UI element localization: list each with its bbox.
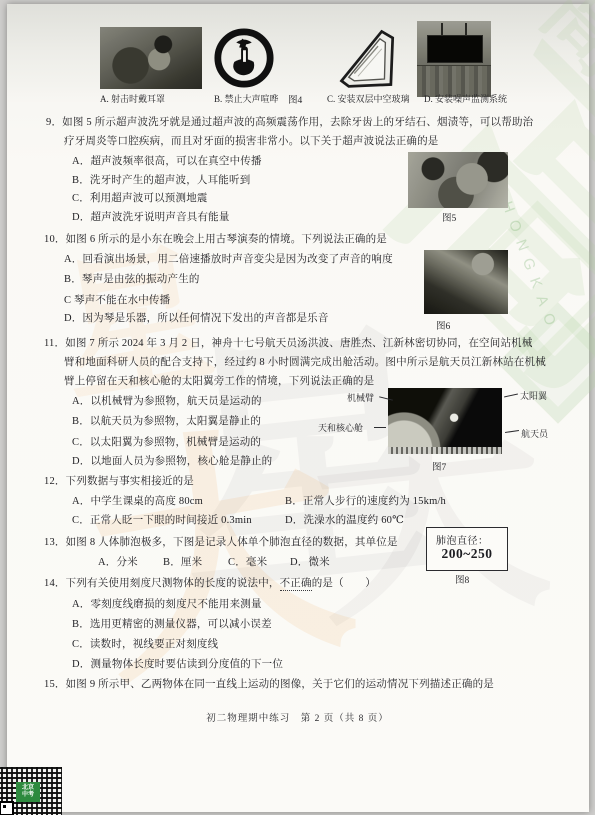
leader-line-core	[374, 427, 386, 428]
q10-option-b: B．琴声是由弦的振动产生的	[64, 273, 200, 286]
q13-option-b: B．厘米	[163, 556, 202, 569]
q10-stem: 10．如图 6 所示的是小东在晚会上用古琴演奏的情境。下列说法正确的是	[44, 233, 387, 246]
photo-shooter-earmuffs	[100, 27, 202, 89]
q9-option-a: A．超声波频率很高，可以在真空中传播	[72, 155, 262, 168]
q9-stem-line1: 9．如图 5 所示超声波洗牙就是通过超声波的高频震荡作用，去除牙齿上的牙结石、烟…	[46, 116, 533, 129]
q14-option-b: B．选用更精密的测量仪器，可以减小误差	[72, 618, 272, 631]
quiet-sign-icon	[213, 27, 275, 89]
figure6-label: 图6	[436, 318, 450, 332]
q9-option-b: B．洗牙时产生的超声波，人耳能听到	[72, 174, 250, 187]
figure4-caption-c: C. 安装双层中空玻璃	[327, 92, 410, 105]
figure4-caption-b: B. 禁止大声喧哗	[214, 92, 279, 105]
figure7-label: 图7	[432, 459, 446, 473]
figure8-label: 图8	[455, 572, 469, 586]
figure4-caption-d: D. 安装噪声监测系统	[424, 92, 507, 105]
antenna-mast	[441, 23, 443, 35]
q11-stem-line3: 臂上停留在天和核心舱的太阳翼旁工作的情境，下列说法正确的是	[64, 375, 374, 388]
q11-option-b: B．以航天员为参照物，太阳翼是静止的	[72, 415, 261, 428]
qr-center-logo: 北京 中考	[16, 782, 40, 802]
q13-option-a: A．分米	[98, 556, 138, 569]
q13-option-d: D．微米	[290, 556, 330, 569]
q15-stem: 15．如图 9 所示甲、乙两物体在同一直线上运动的图像，关于它们的运动情况下列描…	[44, 678, 494, 691]
figure7-label-astronaut: 航天员	[521, 427, 548, 440]
figure6-guqin-photo	[424, 250, 508, 314]
q14-option-d: D．测量物体长度时要估读到分度值的下一位	[72, 658, 283, 671]
page-footer: 初二物理期中练习 第 2 页（共 8 页）	[0, 710, 595, 724]
q13-stem: 13．如图 8 人体肺泡极多，下图是记录人体单个肺泡直径的数据，其单位是	[44, 536, 398, 549]
q9-option-d: D．超声波洗牙说明声音具有能量	[72, 211, 230, 224]
q11-stem-line2: 臂和地面科研人员的配合支持下，经过约 8 小时圆满完成出舱活动。图中所示是航天员…	[64, 356, 546, 369]
qr-logo-line2: 中考	[16, 792, 40, 799]
q12-option-d: D．洗澡水的温度约 60℃	[285, 514, 404, 527]
figure4-label: 图4	[288, 92, 302, 106]
q12-option-c: C．正常人眨一下眼的时间接近 0.3min	[72, 514, 252, 527]
q9-option-c: C．利用超声波可以预测地震	[72, 192, 208, 205]
q11-option-a: A．以机械臂为参照物，航天员是运动的	[72, 395, 262, 408]
q10-option-d: D．因为琴是乐器，所以任何情况下发出的声音都是乐音	[64, 312, 329, 325]
q14-option-a: A．零刻度线磨损的刻度尺不能用来测量	[72, 598, 262, 611]
q12-option-b: B．正常人步行的速度约为 15km/h	[285, 495, 446, 508]
figure8-alveoli-box: 肺泡直径： 200~250	[426, 527, 508, 571]
q12-option-a: A．中学生课桌的高度 80cm	[72, 495, 203, 508]
noise-display-screen	[427, 35, 483, 63]
q13-option-c: C．毫米	[228, 556, 267, 569]
figure7-label-wing: 太阳翼	[520, 389, 547, 402]
q14-option-c: C．读数时，视线要正对刻度线	[72, 638, 218, 651]
q14-stem-post: 的是（ ）	[312, 578, 376, 589]
photo-noise-monitor	[417, 21, 491, 96]
alveoli-box-value: 200~250	[427, 546, 507, 562]
q11-stem-line1: 11．如图 7 所示 2024 年 3 月 2 日，神舟十七号航天员汤洪波、唐胜…	[44, 337, 533, 350]
figure4-caption-a: A. 射击时戴耳罩	[100, 92, 165, 105]
qr-logo-line1: 北京	[16, 785, 40, 792]
figure5-teeth-cleaning-photo	[408, 152, 508, 208]
photo-caption-strip	[388, 447, 502, 454]
q10-option-c: C 琴声不能在水中传播	[64, 294, 170, 307]
q11-option-c: C．以太阳翼为参照物，机械臂是运动的	[72, 436, 261, 449]
scanned-exam-page: 高 高 星 大 大 星 ZHONGKAO NGKA A. 射击时戴耳罩 B. 禁…	[0, 0, 595, 815]
q9-stem-line2: 疗牙周炎等口腔疾病，而且对牙面的损害非常小。以下关于超声波说法正确的是	[64, 135, 439, 148]
alveoli-box-title: 肺泡直径：	[436, 532, 489, 547]
figure7-space-station-photo	[388, 388, 502, 454]
figure7-label-arm: 机械臂	[347, 391, 374, 404]
q11-option-d: D．以地面人员为参照物，核心舱是静止的	[72, 455, 272, 468]
figure5-label: 图5	[442, 210, 456, 224]
q12-stem: 12．下列数据与事实相接近的是	[44, 475, 194, 488]
q14-stem: 14．下列有关使用刻度尺测物体的长度的说法中，不正确的是（ ）	[44, 577, 376, 590]
q10-option-a: A．回看演出场景，用二倍速播放时声音变尖是因为改变了声音的响度	[64, 253, 393, 266]
figure7-label-core: 天和核心舱	[318, 421, 363, 434]
double-glazing-window-image	[336, 25, 400, 91]
q14-stem-emphasis: 不正确	[280, 578, 312, 591]
q14-stem-pre: 14．下列有关使用刻度尺测物体的长度的说法中，	[44, 578, 280, 589]
qr-finder-square	[0, 801, 14, 815]
qr-code: 北京 中考	[0, 767, 62, 815]
